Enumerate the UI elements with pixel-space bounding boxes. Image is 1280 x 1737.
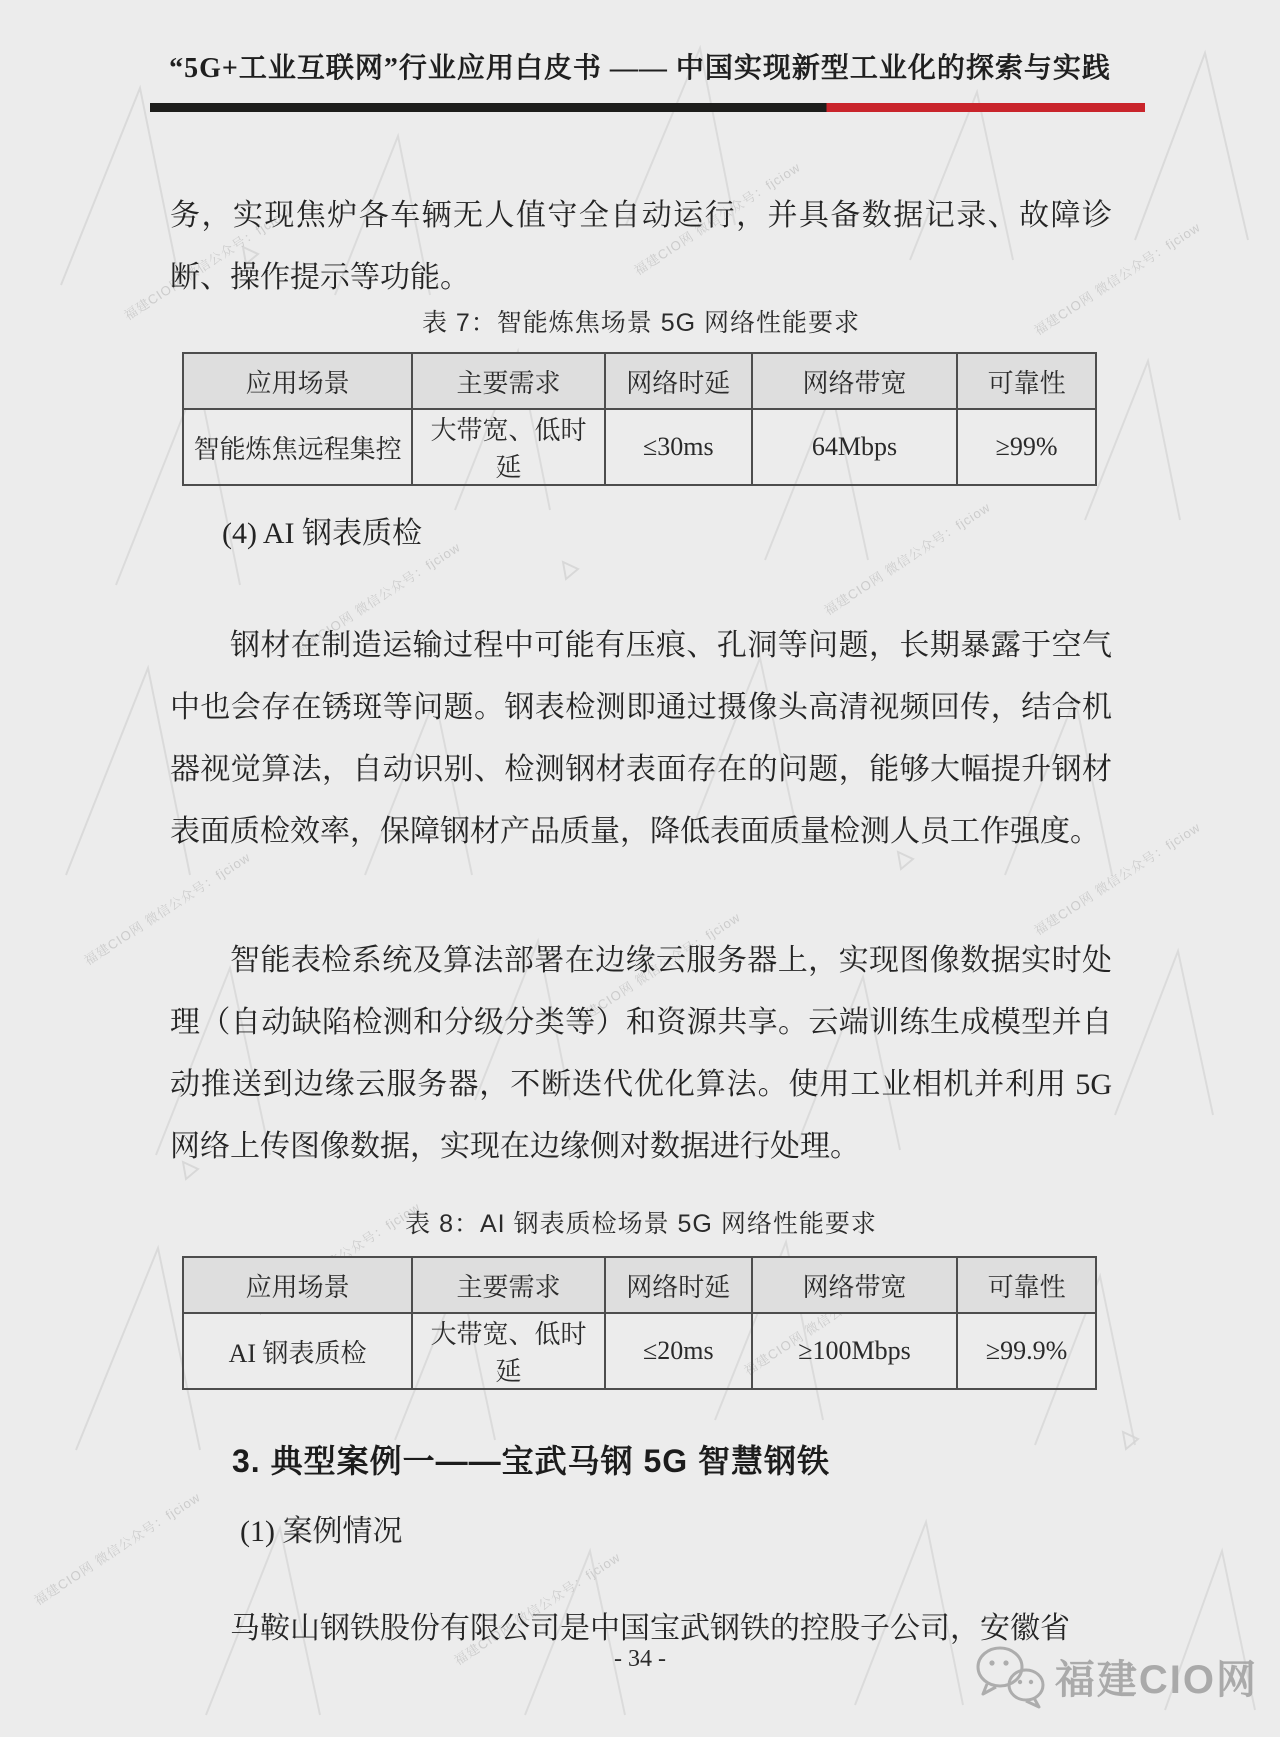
wechat-icon <box>973 1642 1047 1710</box>
table-header-cell: 主要需求 <box>412 1257 605 1313</box>
table-header-cell: 可靠性 <box>957 1257 1096 1313</box>
heading-case-info: (1) 案例情况 <box>240 1506 402 1550</box>
table-cell: AI 钢表质检 <box>183 1313 412 1389</box>
paragraph-coking-continuation: 务，实现焦炉各车辆无人值守全自动运行，并具备数据记录、故障诊断、操作提示等功能。 <box>170 185 1112 309</box>
table-8-caption: 表 8：AI 钢表质检场景 5G 网络性能要求 <box>170 1204 1112 1240</box>
table-header-cell: 网络带宽 <box>752 353 957 409</box>
footer-logo-text: 福建CIO网 <box>1055 1648 1258 1705</box>
table-header-cell: 应用场景 <box>183 353 412 409</box>
paragraph-steel-inspection-2: 智能表检系统及算法部署在边缘云服务器上，实现图像数据实时处理（自动缺陷检测和分级… <box>170 930 1112 1178</box>
heading-ai-steel-inspection: (4) AI 钢表质检 <box>222 508 422 552</box>
page-header-title: “5G+工业互联网”行业应用白皮书 —— 中国实现新型工业化的探索与实践 <box>60 46 1220 86</box>
table-cell: ≤20ms <box>605 1313 752 1389</box>
table-cell: 大带宽、低时延 <box>412 1313 605 1389</box>
paragraph-steel-inspection-1: 钢材在制造运输过程中可能有压痕、孔洞等问题，长期暴露于空气中也会存在锈斑等问题。… <box>170 615 1112 863</box>
table-cell: 64Mbps <box>752 409 957 485</box>
table-cell: ≥100Mbps <box>752 1313 957 1389</box>
document-page: 福建CIO网 微信公众号：fjciow 福建CIO网 微信公众号：fjciow … <box>0 0 1280 1737</box>
table-cell: 智能炼焦远程集控 <box>183 409 412 485</box>
table-cell: 大带宽、低时延 <box>412 409 605 485</box>
content-layer: “5G+工业互联网”行业应用白皮书 —— 中国实现新型工业化的探索与实践 务，实… <box>0 0 1280 1737</box>
table-cell: ≥99% <box>957 409 1096 485</box>
header-divider <box>150 103 1145 112</box>
table-header-row: 应用场景 主要需求 网络时延 网络带宽 可靠性 <box>183 1257 1096 1313</box>
table-row: 智能炼焦远程集控 大带宽、低时延 ≤30ms 64Mbps ≥99% <box>183 409 1096 485</box>
table-header-cell: 网络时延 <box>605 1257 752 1313</box>
table-header-cell: 应用场景 <box>183 1257 412 1313</box>
table-7-caption: 表 7：智能炼焦场景 5G 网络性能要求 <box>170 303 1112 339</box>
footer-logo: 福建CIO网 <box>973 1642 1258 1710</box>
table-header-cell: 网络带宽 <box>752 1257 957 1313</box>
table-header-cell: 主要需求 <box>412 353 605 409</box>
table-8-network-requirements: 应用场景 主要需求 网络时延 网络带宽 可靠性 AI 钢表质检 大带宽、低时延 … <box>182 1256 1097 1390</box>
table-header-cell: 可靠性 <box>957 353 1096 409</box>
heading-typical-case: 3. 典型案例一——宝武马钢 5G 智慧钢铁 <box>232 1436 830 1482</box>
table-cell: ≤30ms <box>605 409 752 485</box>
table-7-network-requirements: 应用场景 主要需求 网络时延 网络带宽 可靠性 智能炼焦远程集控 大带宽、低时延… <box>182 352 1097 486</box>
table-header-cell: 网络时延 <box>605 353 752 409</box>
table-row: AI 钢表质检 大带宽、低时延 ≤20ms ≥100Mbps ≥99.9% <box>183 1313 1096 1389</box>
table-cell: ≥99.9% <box>957 1313 1096 1389</box>
table-header-row: 应用场景 主要需求 网络时延 网络带宽 可靠性 <box>183 353 1096 409</box>
